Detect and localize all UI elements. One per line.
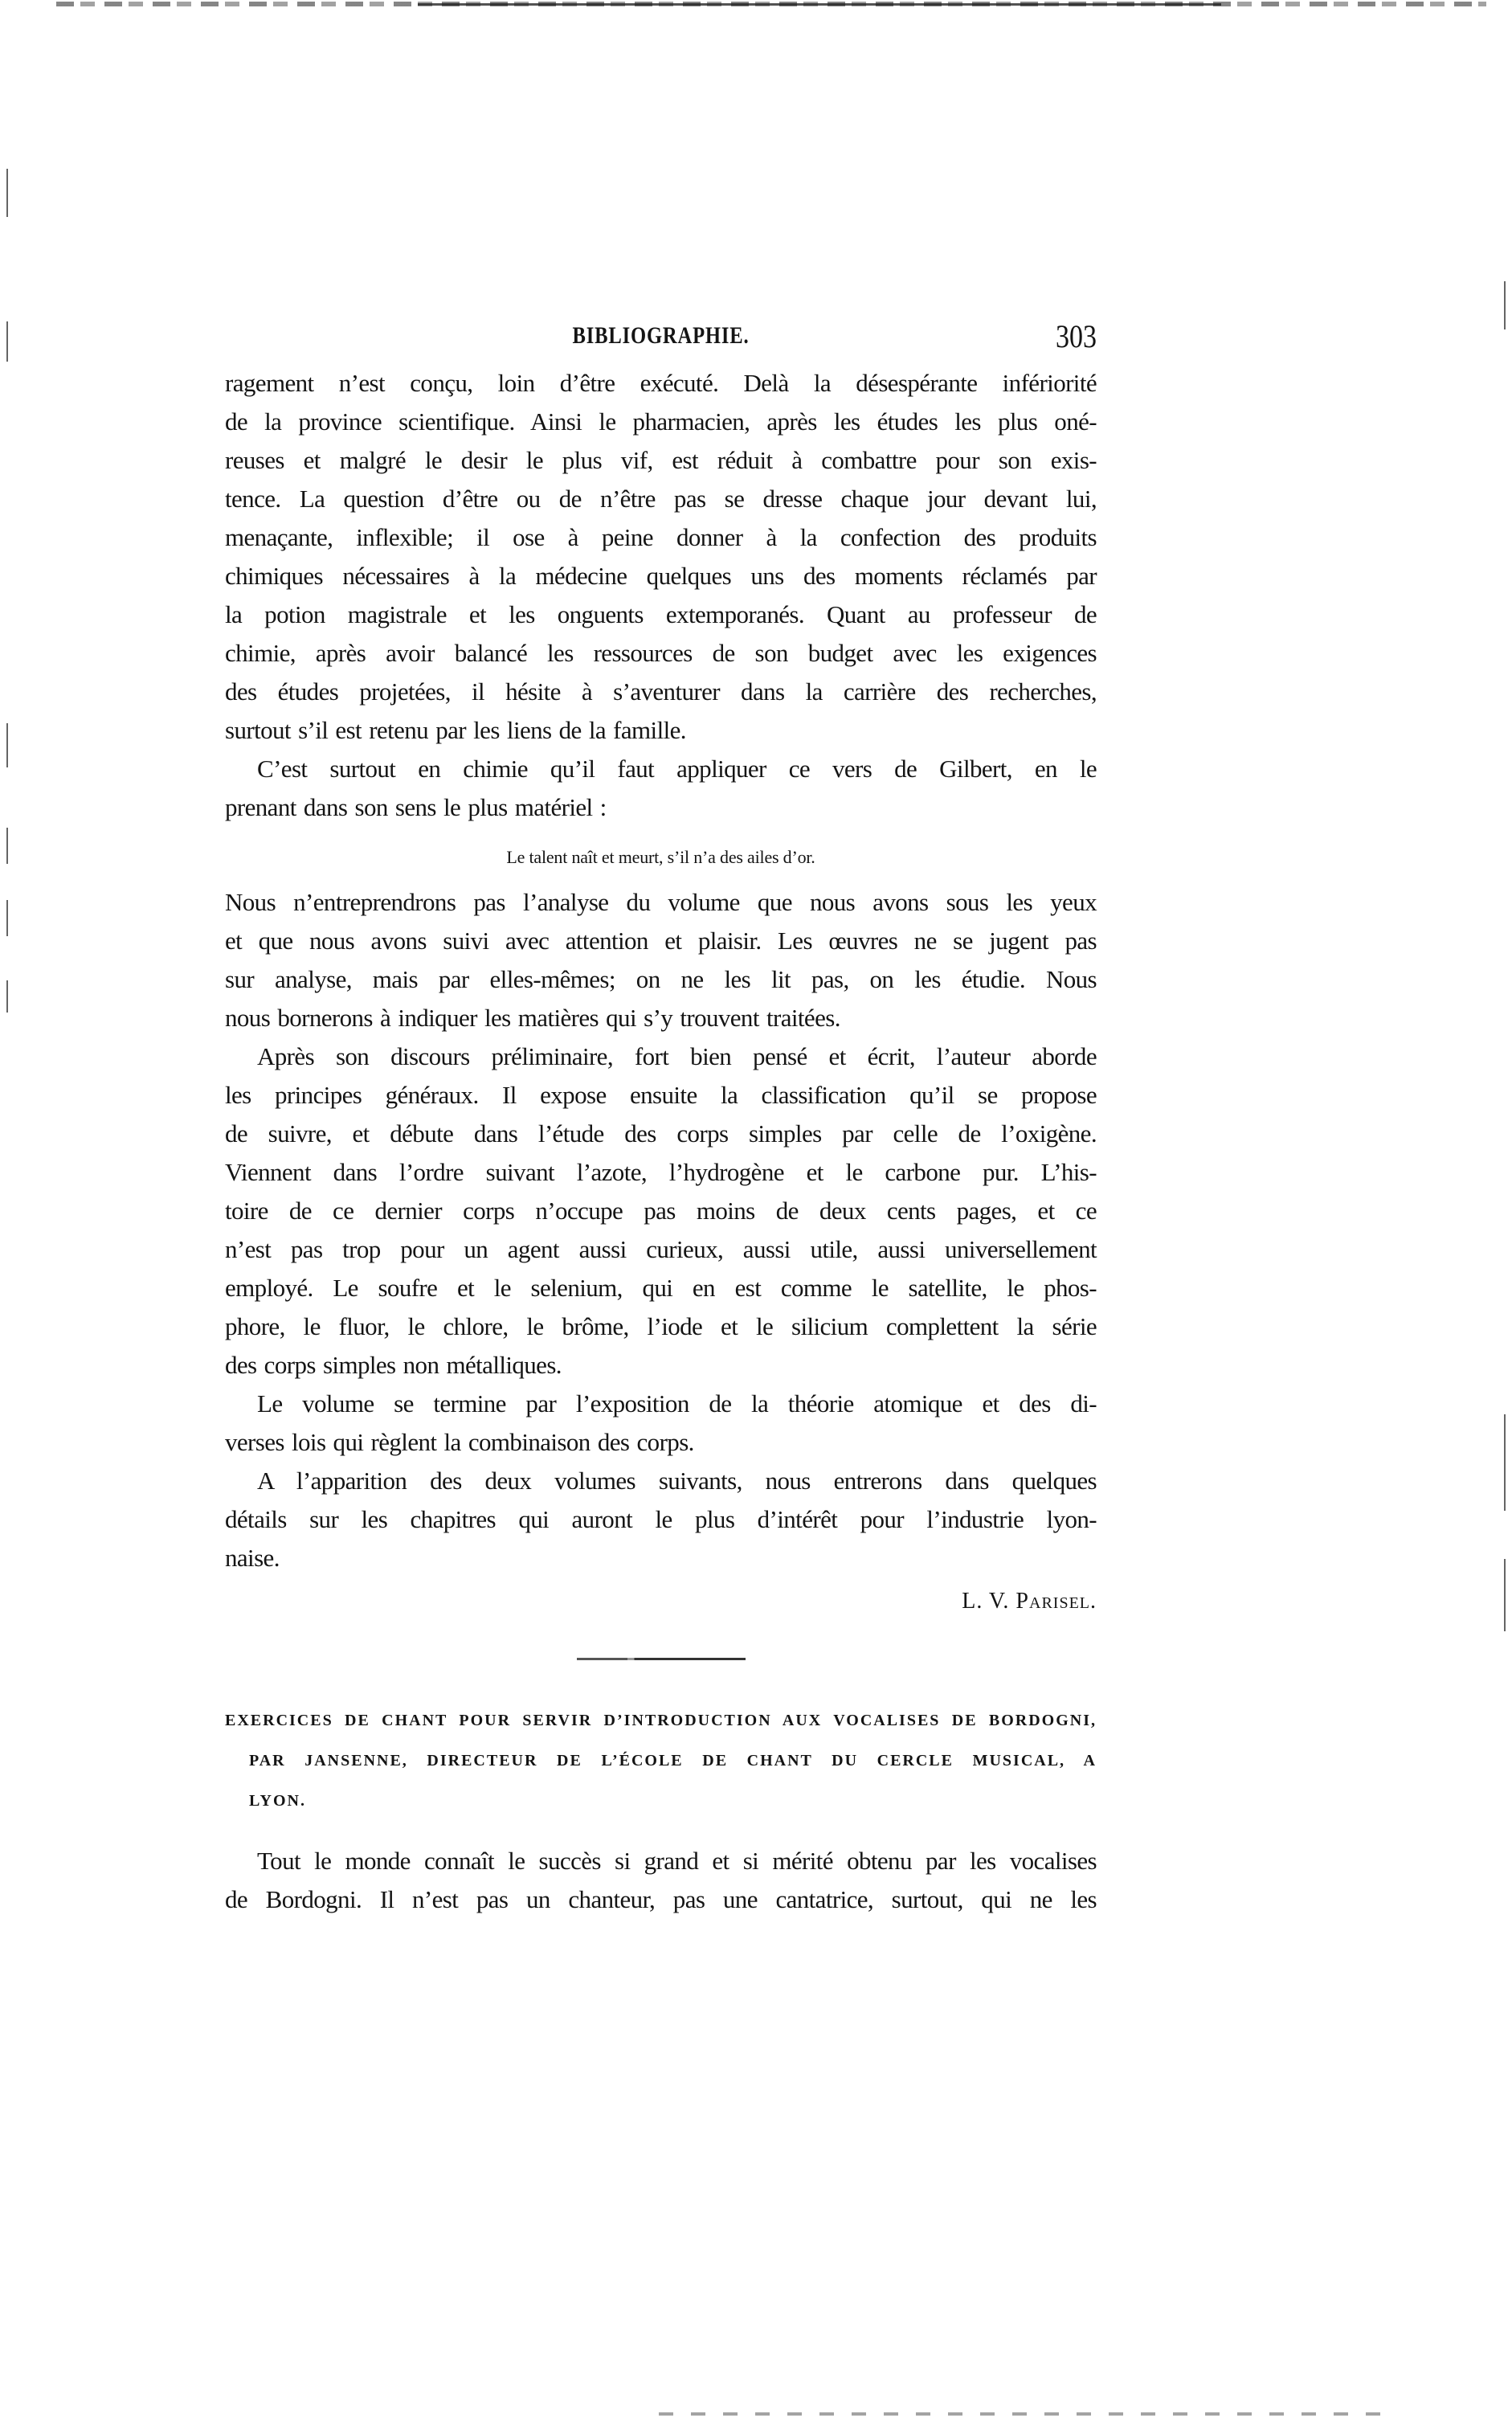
author-signature: L. V. Parisel. <box>225 1582 1097 1621</box>
text-line: chimiques nécessaires à la médecine quel… <box>225 557 1097 595</box>
text-line: verses lois qui règlent la combinaison d… <box>225 1423 1097 1462</box>
scan-margin-mark <box>1504 281 1506 329</box>
paragraph-analysis: Nous n’entreprendrons pas l’analyse du v… <box>225 883 1097 1037</box>
review-title: Exercices de chant pour servir d’introdu… <box>225 1700 1097 1821</box>
paragraph-review-body: Tout le monde connaît le succès si grand… <box>225 1842 1097 1919</box>
text-line: de suivre, et débute dans l’étude des co… <box>225 1115 1097 1153</box>
text-line: Le volume se termine par l’exposition de… <box>225 1385 1097 1423</box>
text-line: les principes généraux. Il expose ensuit… <box>225 1076 1097 1115</box>
scan-margin-mark <box>6 723 8 767</box>
running-header: BIBLIOGRAPHIE. 303 <box>225 317 1097 358</box>
text-line: Viennent dans l’ordre suivant l’azote, l… <box>225 1153 1097 1192</box>
verse-quote: Le talent naît et meurt, s’il n’a des ai… <box>225 838 1097 877</box>
text-line: naise. <box>225 1539 1097 1577</box>
text-line: tence. La question d’être ou de n’être p… <box>225 480 1097 518</box>
text-line: Après son discours préliminaire, fort bi… <box>225 1037 1097 1076</box>
text-line: et que nous avons suivi avec attention e… <box>225 922 1097 960</box>
text-line: chimie, après avoir balancé les ressourc… <box>225 634 1097 673</box>
text-line: employé. Le soufre et le selenium, qui e… <box>225 1269 1097 1307</box>
title-line: par Jansenne, directeur de l’école de ch… <box>225 1741 1097 1781</box>
text-line: A l’apparition des deux volumes suivants… <box>225 1462 1097 1500</box>
text-line: menaçante, inflexible; il ose à peine do… <box>225 518 1097 557</box>
scan-margin-mark <box>1504 1559 1506 1631</box>
text-line: Tout le monde connaît le succès si grand… <box>225 1842 1097 1880</box>
title-line: Lyon. <box>225 1781 1097 1821</box>
scan-margin-mark <box>6 169 8 217</box>
page-content: BIBLIOGRAPHIE. 303 ragement n’est conçu,… <box>225 317 1097 1919</box>
text-line: C’est surtout en chimie qu’il faut appli… <box>225 750 1097 788</box>
paragraph-gilbert: C’est surtout en chimie qu’il faut appli… <box>225 750 1097 827</box>
text-line: n’est pas trop pour un agent aussi curie… <box>225 1230 1097 1269</box>
page-number: 303 <box>1056 317 1097 355</box>
text-line: des corps simples non métalliques. <box>225 1346 1097 1385</box>
text-line: surtout s’il est retenu par les liens de… <box>225 711 1097 750</box>
scan-margin-mark <box>6 828 8 864</box>
paragraph-continuation: ragement n’est conçu, loin d’être exécut… <box>225 364 1097 750</box>
text-line: reuses et malgré le desir le plus vif, e… <box>225 441 1097 480</box>
text-line: toire de ce dernier corps n’occupe pas m… <box>225 1192 1097 1230</box>
paragraph-next-volumes: A l’apparition des deux volumes suivants… <box>225 1462 1097 1577</box>
text-line: de Bordogni. Il n’est pas un chanteur, p… <box>225 1880 1097 1919</box>
scan-margin-mark <box>6 321 8 362</box>
section-divider <box>577 1658 746 1660</box>
scan-margin-mark <box>6 900 8 936</box>
text-line: détails sur les chapitres qui auront le … <box>225 1500 1097 1539</box>
text-line: sur analyse, mais par elles-mêmes; on ne… <box>225 960 1097 999</box>
text-line: Nous n’entreprendrons pas l’analyse du v… <box>225 883 1097 922</box>
running-title: BIBLIOGRAPHIE. <box>304 322 1019 350</box>
text-line: la potion magistrale et les onguents ext… <box>225 595 1097 634</box>
paragraph-contents: Après son discours préliminaire, fort bi… <box>225 1037 1097 1385</box>
text-line: nous bornerons à indiquer les matières q… <box>225 999 1097 1037</box>
text-line: phore, le fluor, le chlore, le brôme, l’… <box>225 1307 1097 1346</box>
text-line: des études projetées, il hésite à s’aven… <box>225 673 1097 711</box>
scan-margin-mark <box>1504 1414 1506 1511</box>
scan-margin-mark <box>6 980 8 1013</box>
text-line: ragement n’est conçu, loin d’être exécut… <box>225 364 1097 403</box>
text-line: prenant dans son sens le plus matériel : <box>225 788 1097 827</box>
paragraph-volume-end: Le volume se termine par l’exposition de… <box>225 1385 1097 1462</box>
scan-edge-artifact-top-line <box>418 3 1221 6</box>
text-line: de la province scientifique. Ainsi le ph… <box>225 403 1097 441</box>
scan-edge-artifact-bottom <box>659 2412 1382 2416</box>
title-line: Exercices de chant pour servir d’introdu… <box>225 1700 1097 1741</box>
